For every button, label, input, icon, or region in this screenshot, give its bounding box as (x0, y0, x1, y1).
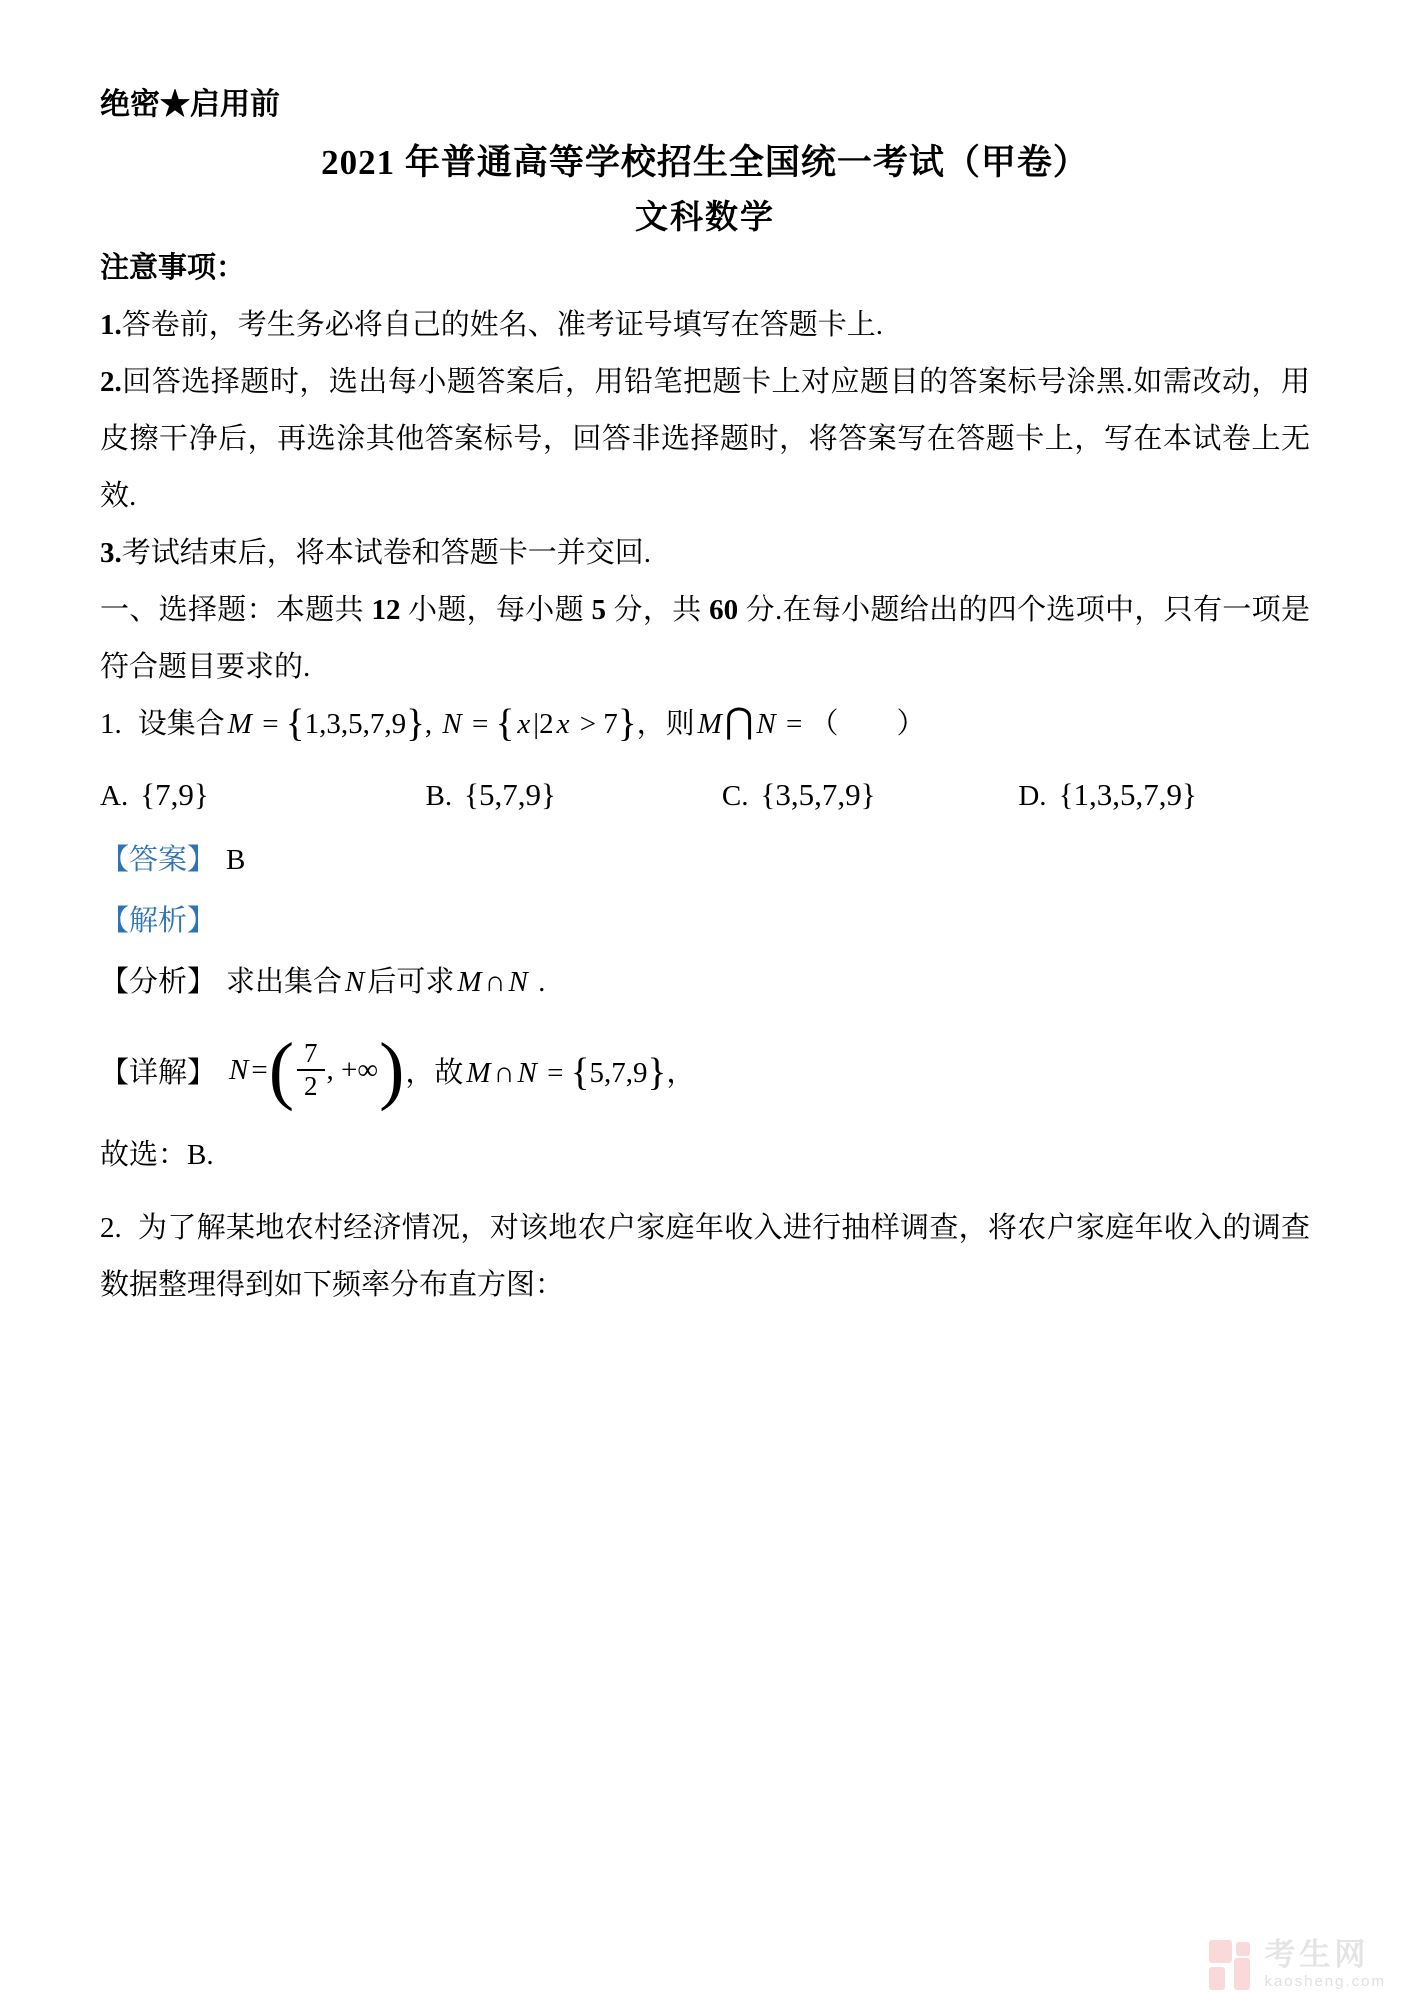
answer-line: 【答案】B (100, 844, 1310, 876)
fraction-denominator: 2 (297, 1069, 325, 1102)
question-number: 1. (100, 708, 122, 740)
watermark-site-url: kaosheng.com (1264, 1973, 1386, 1990)
question-2-text: 为了解某地农村经济情况，对该地农户家庭年收入进行抽样调查，将农户家庭年收入的调查… (100, 1212, 1310, 1301)
kaosheng-watermark: 考生网 kaosheng.com (1209, 1938, 1386, 1990)
notice-item-text: 回答选择题时，选出每小题答案后，用铅笔把题卡上对应题目的答案标号涂黑.如需改动，… (100, 366, 1310, 512)
notice-heading: 注意事项： (100, 240, 1310, 297)
detail-solution-line: 【详解】 N = ( 72 , +∞ ) ，故M∩N = {5,7,9}， (100, 1027, 1310, 1113)
notice-item-number: 2. (100, 366, 122, 398)
notice-item-text: 考试结束后，将本试卷和答题卡一并交回. (122, 537, 651, 569)
fraction: 72 (297, 1038, 325, 1102)
answer-label: 【答案】 (100, 844, 216, 876)
option-value: {1,3,5,7,9} (1059, 773, 1197, 817)
kaosheng-logo-icon (1209, 1940, 1251, 1990)
option-value: {5,7,9} (464, 773, 556, 817)
notice-item-3: 3.考试结束后，将本试卷和答题卡一并交回. (100, 525, 1310, 582)
section-1-heading: 一、选择题：本题共 12 小题，每小题 5 分，共 60 分.在每小题给出的四个… (100, 582, 1310, 696)
exam-subject-subtitle: 文科数学 (100, 196, 1310, 240)
option-value: {7,9} (140, 773, 209, 817)
notice-item-2: 2.回答选择题时，选出每小题答案后，用铅笔把题卡上对应题目的答案标号涂黑.如需改… (100, 354, 1310, 525)
option-value: {3,5,7,9} (761, 773, 876, 817)
exam-title: 2021 年普通高等学校招生全国统一考试（甲卷） (100, 140, 1310, 186)
answer-value: B (226, 844, 245, 876)
detail-after-fraction: , +∞ (327, 1054, 379, 1087)
option-label: A. (100, 774, 128, 818)
option-c: C.{3,5,7,9} (722, 773, 1018, 818)
notice-item-text: 答卷前，考生务必将自己的姓名、准考证号填写在答题卡上. (122, 309, 883, 341)
option-label: B. (425, 774, 452, 818)
conclusion-line: 故选：B. (100, 1139, 1310, 1171)
notice-item-1: 1.答卷前，考生务必将自己的姓名、准考证号填写在答题卡上. (100, 297, 1310, 354)
exam-paper-page: 绝密★启用前 2021 年普通高等学校招生全国统一考试（甲卷） 文科数学 注意事… (0, 0, 1410, 1314)
detail-label: 【详解】 (100, 1050, 216, 1091)
watermark-site-name: 考生网 (1264, 1938, 1386, 1972)
notice-item-number: 1. (100, 309, 122, 341)
notice-item-number: 3. (100, 537, 122, 569)
analysis-heading: 【解析】 (100, 905, 1310, 937)
analysis-line: 【分析】求出集合N后可求M∩N . (100, 966, 1310, 998)
detail-variable: N (229, 1054, 248, 1087)
option-a: A.{7,9} (100, 773, 425, 818)
question-number: 2. (100, 1212, 122, 1244)
question-1-formula: 设集合M = {1,3,5,7,9}, N = {x|2x > 7}，则M⋂N … (138, 708, 926, 740)
detail-equals: = (251, 1054, 267, 1087)
analysis-heading-label: 【解析】 (100, 905, 216, 937)
question-1-options: A.{7,9} B.{5,7,9} C.{3,5,7,9} D.{1,3,5,7… (100, 773, 1310, 818)
option-label: C. (722, 774, 749, 818)
watermark-text: 考生网 kaosheng.com (1264, 1938, 1386, 1990)
fraction-numerator: 7 (297, 1038, 325, 1069)
option-label: D. (1018, 774, 1046, 818)
option-b: B.{5,7,9} (425, 773, 721, 818)
option-d: D.{1,3,5,7,9} (1018, 773, 1310, 818)
question-2-stem: 2.为了解某地农村经济情况，对该地农户家庭年收入进行抽样调查，将农户家庭年收入的… (100, 1200, 1310, 1314)
analysis-text: 求出集合N后可求M∩N . (226, 966, 545, 998)
detail-tail: ，故M∩N = {5,7,9}， (405, 1050, 695, 1091)
analysis-label: 【分析】 (100, 966, 216, 998)
question-1-stem: 1.设集合M = {1,3,5,7,9}, N = {x|2x > 7}，则M⋂… (100, 696, 1310, 753)
security-notice: 绝密★启用前 (100, 86, 1310, 124)
